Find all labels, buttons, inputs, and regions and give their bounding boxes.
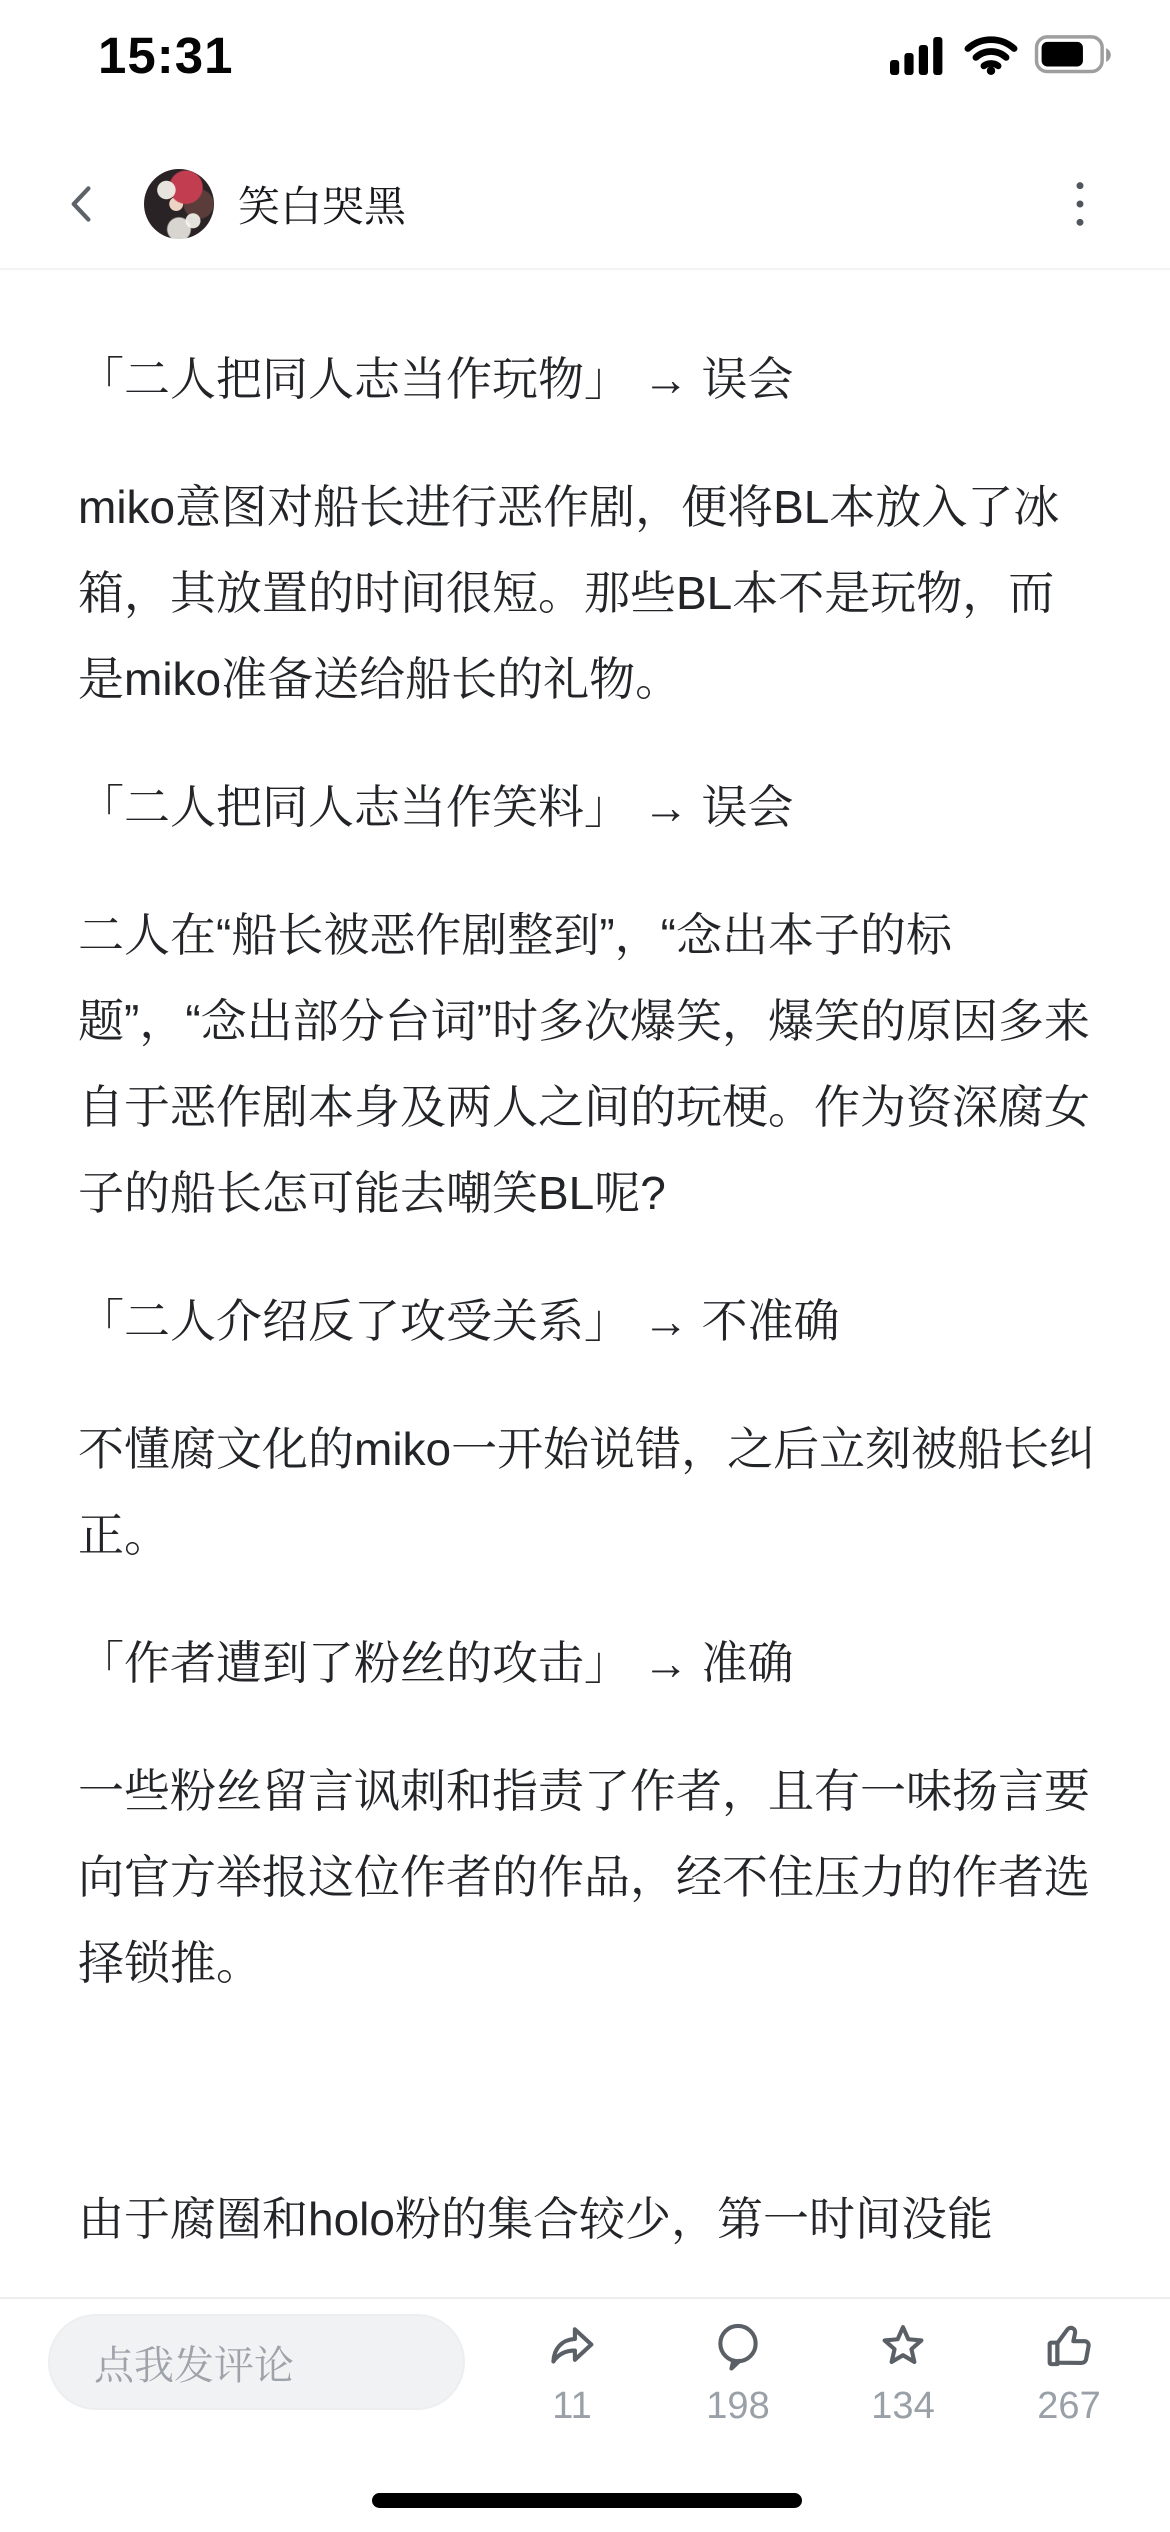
- article-heading: 「二人把同人志当作笑料」 → 误会: [78, 764, 1096, 850]
- share-button[interactable]: 11: [497, 2317, 647, 2428]
- article-paragraph: 二人在“船长被恶作剧整到”，“念出本子的标题”，“念出部分台词”时多次爆笑，爆笑…: [78, 892, 1096, 1236]
- back-button[interactable]: [60, 172, 104, 236]
- article-paragraph: 不懂腐文化的miko一开始说错，之后立刻被船长纠正。: [78, 1406, 1096, 1578]
- battery-icon: [1034, 35, 1118, 75]
- like-count: 267: [994, 2385, 1144, 2428]
- wifi-icon: [964, 35, 1018, 75]
- comment-count: 198: [663, 2385, 813, 2428]
- comment-input-placeholder: 点我发评论: [94, 2334, 294, 2391]
- favorite-button[interactable]: 134: [828, 2317, 978, 2428]
- home-indicator[interactable]: [372, 2493, 802, 2508]
- favorite-count: 134: [828, 2385, 978, 2428]
- comment-button[interactable]: 198: [663, 2317, 813, 2428]
- cellular-signal-icon: [890, 35, 948, 75]
- article-heading: 「作者遭到了粉丝的攻击」 → 准确: [78, 1620, 1096, 1706]
- article-body: 「二人把同人志当作玩物」 → 误会 miko意图对船长进行恶作剧，便将BL本放入…: [0, 272, 1170, 2297]
- status-bar: 15:31: [0, 0, 1170, 100]
- app-screen: 15:31: [0, 0, 1170, 2532]
- comment-input[interactable]: 点我发评论: [48, 2314, 465, 2410]
- paragraph-spacer: [78, 2048, 1096, 2134]
- more-menu-button[interactable]: [1050, 164, 1110, 244]
- avatar[interactable]: [144, 169, 214, 239]
- nav-bar: 笑白哭黑: [0, 140, 1170, 270]
- article-heading: 「二人介绍反了攻受关系」 → 不准确: [78, 1278, 1096, 1364]
- chevron-left-icon: [60, 172, 104, 236]
- share-icon: [543, 2317, 601, 2375]
- comment-icon: [709, 2317, 767, 2375]
- article-heading: 「二人把同人志当作玩物」 → 误会: [78, 336, 1096, 422]
- thumbs-up-icon: [1040, 2317, 1098, 2375]
- kebab-menu-icon: [1060, 164, 1100, 244]
- status-time: 15:31: [98, 26, 233, 85]
- status-icons: [890, 35, 1118, 75]
- star-icon: [874, 2317, 932, 2375]
- article-paragraph: 一些粉丝留言讽刺和指责了作者，且有一味扬言要向官方举报这位作者的作品，经不住压力…: [78, 1748, 1096, 2006]
- article-paragraph: miko意图对船长进行恶作剧，便将BL本放入了冰箱，其放置的时间很短。那些BL本…: [78, 464, 1096, 722]
- share-count: 11: [497, 2385, 647, 2428]
- username[interactable]: 笑白哭黑: [238, 174, 406, 234]
- article-paragraph: 由于腐圈和holo粉的集合较少，第一时间没能: [78, 2176, 1096, 2262]
- like-button[interactable]: 267: [994, 2317, 1144, 2428]
